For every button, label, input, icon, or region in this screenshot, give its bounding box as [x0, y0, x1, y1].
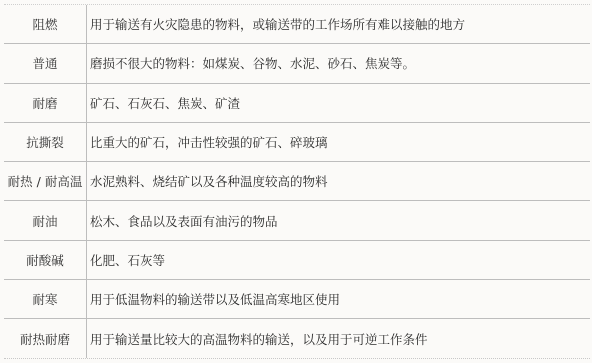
belt-use-cell: 松木、食品以及表面有油污的物品: [87, 201, 590, 239]
table-row: 耐寒 用于低温物料的输送带以及低温高寒地区使用: [4, 280, 590, 319]
belt-use-cell: 矿石、石灰石、焦炭、矿渣: [87, 84, 590, 122]
belt-type-cell: 普通: [4, 44, 87, 82]
belt-use-cell: 化肥、石灰等: [87, 241, 590, 279]
belt-type-cell: 耐油: [4, 201, 87, 239]
belt-type-cell: 耐热 / 耐高温: [4, 162, 87, 200]
belt-use-cell: 比重大的矿石，冲击性较强的矿石、碎玻璃: [87, 123, 590, 161]
table-row: 耐酸碱 化肥、石灰等: [4, 241, 590, 280]
table-row: 耐油 松木、食品以及表面有油污的物品: [4, 201, 590, 240]
belt-use-cell: 用于输送量比较大的高温物料的输送，以及用于可逆工作条件: [87, 319, 590, 357]
table-row: 普通 磨损不很大的物料：如煤炭、谷物、水泥、砂石、焦炭等。: [4, 44, 590, 83]
table-row: 阻燃 用于输送有火灾隐患的物料，或输送带的工作场所有难以接触的地方: [4, 5, 590, 44]
belt-type-cell: 耐寒: [4, 280, 87, 318]
belt-type-cell: 阻燃: [4, 5, 87, 43]
table-row: 耐热耐磨 用于输送量比较大的高温物料的输送，以及用于可逆工作条件: [4, 319, 590, 358]
belt-type-cell: 耐热耐磨: [4, 319, 87, 357]
conveyor-belt-types-table: 阻燃 用于输送有火灾隐患的物料，或输送带的工作场所有难以接触的地方 普通 磨损不…: [4, 4, 590, 359]
belt-use-cell: 用于输送有火灾隐患的物料，或输送带的工作场所有难以接触的地方: [87, 5, 590, 43]
table-row: 抗撕裂 比重大的矿石，冲击性较强的矿石、碎玻璃: [4, 123, 590, 162]
belt-use-cell: 用于低温物料的输送带以及低温高寒地区使用: [87, 280, 590, 318]
table-row: 耐磨 矿石、石灰石、焦炭、矿渣: [4, 84, 590, 123]
belt-use-cell: 磨损不很大的物料：如煤炭、谷物、水泥、砂石、焦炭等。: [87, 44, 590, 82]
belt-use-cell: 水泥熟料、烧结矿以及各种温度较高的物料: [87, 162, 590, 200]
table-row: 耐热 / 耐高温 水泥熟料、烧结矿以及各种温度较高的物料: [4, 162, 590, 201]
belt-type-cell: 耐磨: [4, 84, 87, 122]
belt-type-cell: 耐酸碱: [4, 241, 87, 279]
belt-type-cell: 抗撕裂: [4, 123, 87, 161]
